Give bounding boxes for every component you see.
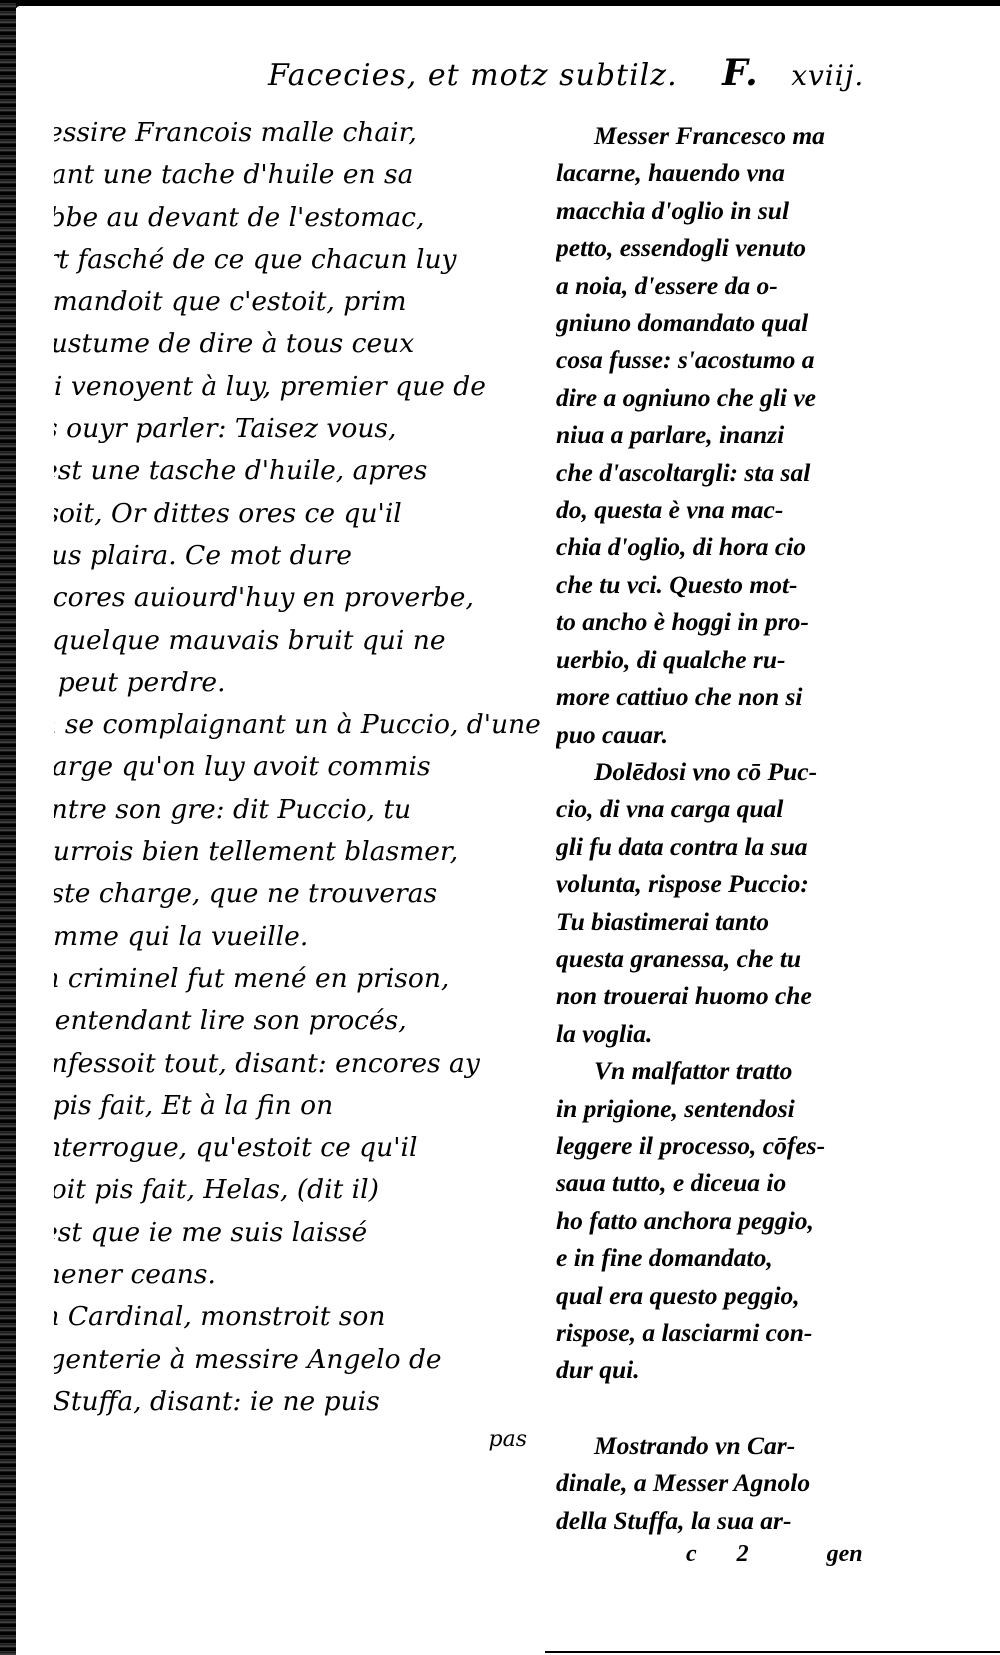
text-line: petto, essendogli venuto [556,229,886,266]
text-line: Dolēdosi vno cō Puc- [556,753,886,790]
text-line: a noia, d'essere da o- [556,267,886,304]
text-line: in prigione, sentendosi [556,1090,886,1127]
text-line: l'interrogue, qu'estoit ce qu'il [54,1127,545,1169]
text-line: Messer Francesco ma [556,117,886,154]
text-line: dire a ogniuno che gli ve [556,379,886,416]
text-line: che d'ascoltargli: sta sal [556,454,886,491]
text-line: pourrois bien tellement blasmer, [54,831,545,873]
french-paragraph-1: Messire Francois malle chair, ayant une … [20,112,545,704]
text-line: homme qui la vueille. [54,916,545,958]
text-line: lacarne, hauendo vna [556,154,886,191]
french-paragraph-4: Un Cardinal, monstroit son argenterie à … [20,1296,545,1423]
text-line: c'est que ie me suis laissé [54,1212,545,1254]
text-line: Mostrando vn Car- [556,1427,886,1464]
french-paragraph-2: En se complaignant un à Puccio, d'une ch… [20,704,545,958]
text-line: ho fatto anchora peggio, [556,1202,886,1239]
text-line: della Stuffa, la sua ar- [556,1502,886,1539]
french-column: Messire Francois malle chair, ayant une … [20,112,545,1455]
text-line: to ancho è hoggi in pro- [556,603,886,640]
text-line: confessoit tout, disant: encores ay [54,1043,545,1085]
text-line: contre son gre: dit Puccio, tu [54,789,545,831]
text-line: charge qu'on luy avoit commis [54,746,545,788]
signature-mark: c [686,1541,697,1567]
text-line: c'est une tasche d'huile, apres [54,450,545,492]
text-line: fort fasché de ce que chacun luy [54,239,545,281]
text-line: amener ceans. [54,1254,545,1296]
text-line: non trouerai huomo che [556,977,886,1014]
text-line: Un criminel fut mené en prison, [54,958,545,1000]
text-line: robbe au devant de l'estomac, [54,197,545,239]
text-line: do, questa è vna mac- [556,491,886,528]
italian-paragraph-1: Messer Francesco ma lacarne, hauendo vna… [556,117,886,753]
scan-binding-edge [0,0,16,1655]
text-line: & quelque mauvais bruit qui ne [54,620,545,662]
folio-number: xviij. [791,59,864,92]
text-line: les ouyr parler: Taisez vous, [54,408,545,450]
italian-paragraph-4: Mostrando vn Car- dinale, a Messer Agnol… [556,1427,886,1539]
text-line: cio, di vna carga qual [556,790,886,827]
text-line: questa granessa, che tu [556,940,886,977]
text-line: Un Cardinal, monstroit son [54,1296,545,1338]
signature-number: 2 [737,1541,749,1567]
text-line: vous plaira. Ce mot dure [54,535,545,577]
text-line: leggere il processo, cōfes- [556,1127,886,1164]
text-line: ie pis fait, Et à la fin on [54,1085,545,1127]
text-line: uerbio, di qualche ru- [556,641,886,678]
text-line: se peut perdre. [54,662,545,704]
text-line: et entendant lire son procés, [54,1000,545,1042]
text-line: cosa fusse: s'acostumo a [556,341,886,378]
running-head-title: Facecies, et motz subtilz. [268,58,678,93]
text-line: more cattiuo che non si [556,678,886,715]
text-line: la voglia. [556,1015,886,1052]
text-line: dinale, a Messer Agnolo [556,1464,886,1501]
french-catchword: pas [20,1425,545,1455]
text-line: demandoit que c'estoit, prim [54,281,545,323]
italian-paragraph-3: Vn malfattor tratto in prigione, sentend… [556,1052,886,1389]
italian-column: Messer Francesco ma lacarne, hauendo vna… [556,117,886,1569]
page-top-margin [16,6,1000,10]
text-line: disoit, Or dittes ores ce qu'il [54,493,545,535]
text-line: encores auiourd'huy en proverbe, [54,577,545,619]
text-line: dur qui. [556,1351,886,1388]
text-line: puo cauar. [556,716,886,753]
text-line: chia d'oglio, di hora cio [556,528,886,565]
text-line: la Stuffa, disant: ie ne puis [54,1381,545,1423]
italian-catchword: gen [827,1541,863,1567]
text-line: qui venoyent à luy, premier que de [54,366,545,408]
text-line: volunta, rispose Puccio: [556,865,886,902]
text-line: coustume de dire à tous ceux [54,323,545,365]
running-head-signature: F. [722,52,758,94]
text-line: qual era questo peggio, [556,1277,886,1314]
text-line: rispose, a lasciarmi con- [556,1314,886,1351]
french-paragraph-3: Un criminel fut mené en prison, et enten… [20,958,545,1296]
text-line: Messire Francois malle chair, [54,112,545,154]
text-line: saua tutto, e diceua io [556,1164,886,1201]
text-line: avoit pis fait, Helas, (dit il) [54,1169,545,1211]
text-line: macchia d'oglio in sul [556,192,886,229]
text-line: niua a parlare, inanzi [556,416,886,453]
text-line: gniuno domandato qual [556,304,886,341]
text-line: e in fine domandato, [556,1239,886,1276]
paragraph-spacer [556,1389,886,1427]
text-line: Tu biastimerai tanto [556,903,886,940]
scan-bottom-edge [545,1651,1000,1653]
running-head: Facecies, et motz subtilz. F. xviij. [268,52,864,94]
page-footer: c 2 gen [556,1539,886,1569]
italian-paragraph-2: Dolēdosi vno cō Puc- cio, di vna carga q… [556,753,886,1052]
text-line: ayant une tache d'huile en sa [54,154,545,196]
text-line: En se complaignant un à Puccio, d'une [54,704,545,746]
text-line: che tu vci. Questo mot- [556,566,886,603]
text-line: gli fu data contra la sua [556,828,886,865]
text-line: Vn malfattor tratto [556,1052,886,1089]
text-line: argenterie à messire Angelo de [54,1339,545,1381]
text-line: ceste charge, que ne trouveras [54,873,545,915]
